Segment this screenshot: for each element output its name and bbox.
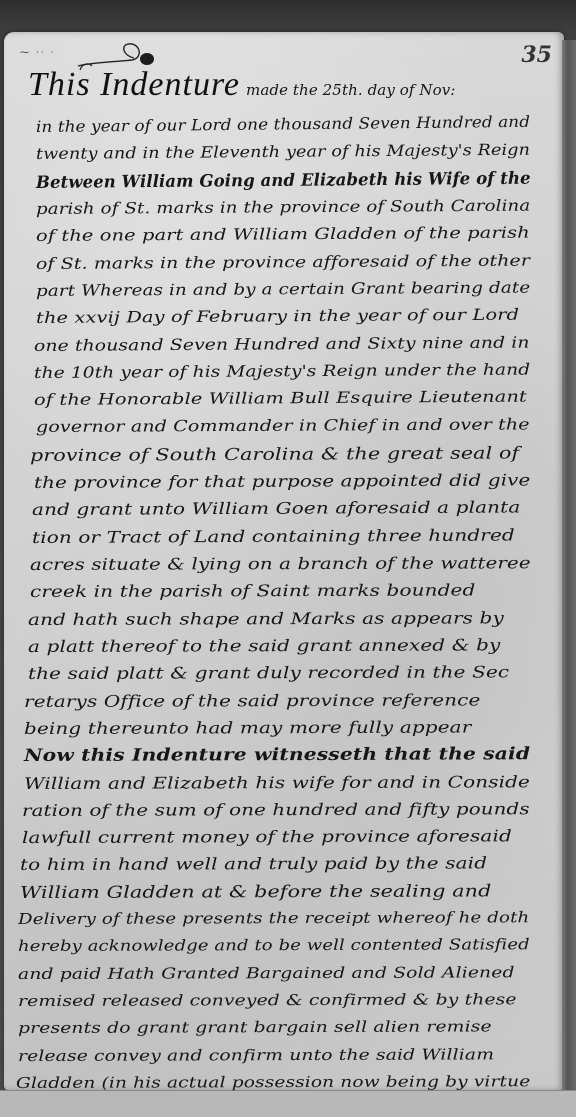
text-line: of the one part and William Gladden of t… <box>36 224 530 245</box>
text-line: of the Honorable William Bull Esquire Li… <box>34 388 527 409</box>
text-line: province of South Carolina & the great s… <box>30 443 519 465</box>
text-line: Delivery of these presents the receipt w… <box>18 908 529 928</box>
text-line: release convey and confirm unto the said… <box>18 1045 494 1065</box>
text-line: the xxvij Day of February in the year of… <box>36 306 519 327</box>
text-line: tion or Tract of Land containing three h… <box>32 525 515 547</box>
text-line: remised released conveyed & confirmed & … <box>18 990 517 1010</box>
lower-page-edge <box>0 1090 576 1117</box>
text-line: a platt thereof to the said grant annexe… <box>28 635 501 656</box>
text-line: governor and Commander in Chief in and o… <box>36 416 530 437</box>
title-continuation: made the 25th. day of Nov: <box>246 81 455 99</box>
text-line: the said platt & grant duly recorded in … <box>28 663 509 684</box>
text-line: one thousand Seven Hundred and Sixty nin… <box>34 333 530 354</box>
text-line: being thereunto had may more fully appea… <box>24 717 471 738</box>
folio-number: 35 <box>521 42 552 68</box>
text-line: Now this Indenture witnesseth that the s… <box>24 744 530 766</box>
text-line: lawfull current money of the province af… <box>22 826 512 847</box>
text-line: presents do grant grant bargain sell ali… <box>18 1018 492 1038</box>
document-title: This Indenture <box>28 66 240 103</box>
text-line: creek in the parish of Saint marks bound… <box>30 581 475 602</box>
text-line: of St. marks in the province afforesaid … <box>36 251 530 272</box>
text-line: ration of the sum of one hundred and fif… <box>22 799 530 820</box>
text-line: and grant unto William Goen aforesaid a … <box>32 498 520 520</box>
text-line: and paid Hath Granted Bargained and Sold… <box>18 963 515 983</box>
title-line: This Indenturemade the 25th. day of Nov: <box>28 66 456 104</box>
text-line: to him in hand well and truly paid by th… <box>20 854 487 875</box>
binding-edge <box>562 40 576 1100</box>
text-line: acres situate & lying on a branch of the… <box>30 553 531 574</box>
text-line: the province for that purpose appointed … <box>34 470 531 492</box>
scanned-document: ⁓ ·· · 35 This Indenturemade the 25th. d… <box>0 0 576 1117</box>
text-line: William and Elizabeth his wife for and i… <box>24 772 530 793</box>
text-line: hereby acknowledge and to be well conten… <box>18 936 530 956</box>
margin-mark: ⁓ ·· · <box>20 48 55 58</box>
text-line: Between William Going and Elizabeth his … <box>36 168 531 192</box>
text-line: retarys Office of the said province refe… <box>24 690 481 711</box>
text-line: Gladden (in his actual possession now be… <box>16 1072 530 1092</box>
text-line: the 10th year of his Majesty's Reign und… <box>34 360 530 381</box>
text-line: William Gladden at & before the sealing … <box>20 881 491 902</box>
ink-blot <box>140 53 154 65</box>
text-line: and hath such shape and Marks as appears… <box>28 608 504 629</box>
text-line: parish of St. marks in the province of S… <box>36 196 530 217</box>
text-line: part Whereas in and by a certain Grant b… <box>36 278 530 299</box>
